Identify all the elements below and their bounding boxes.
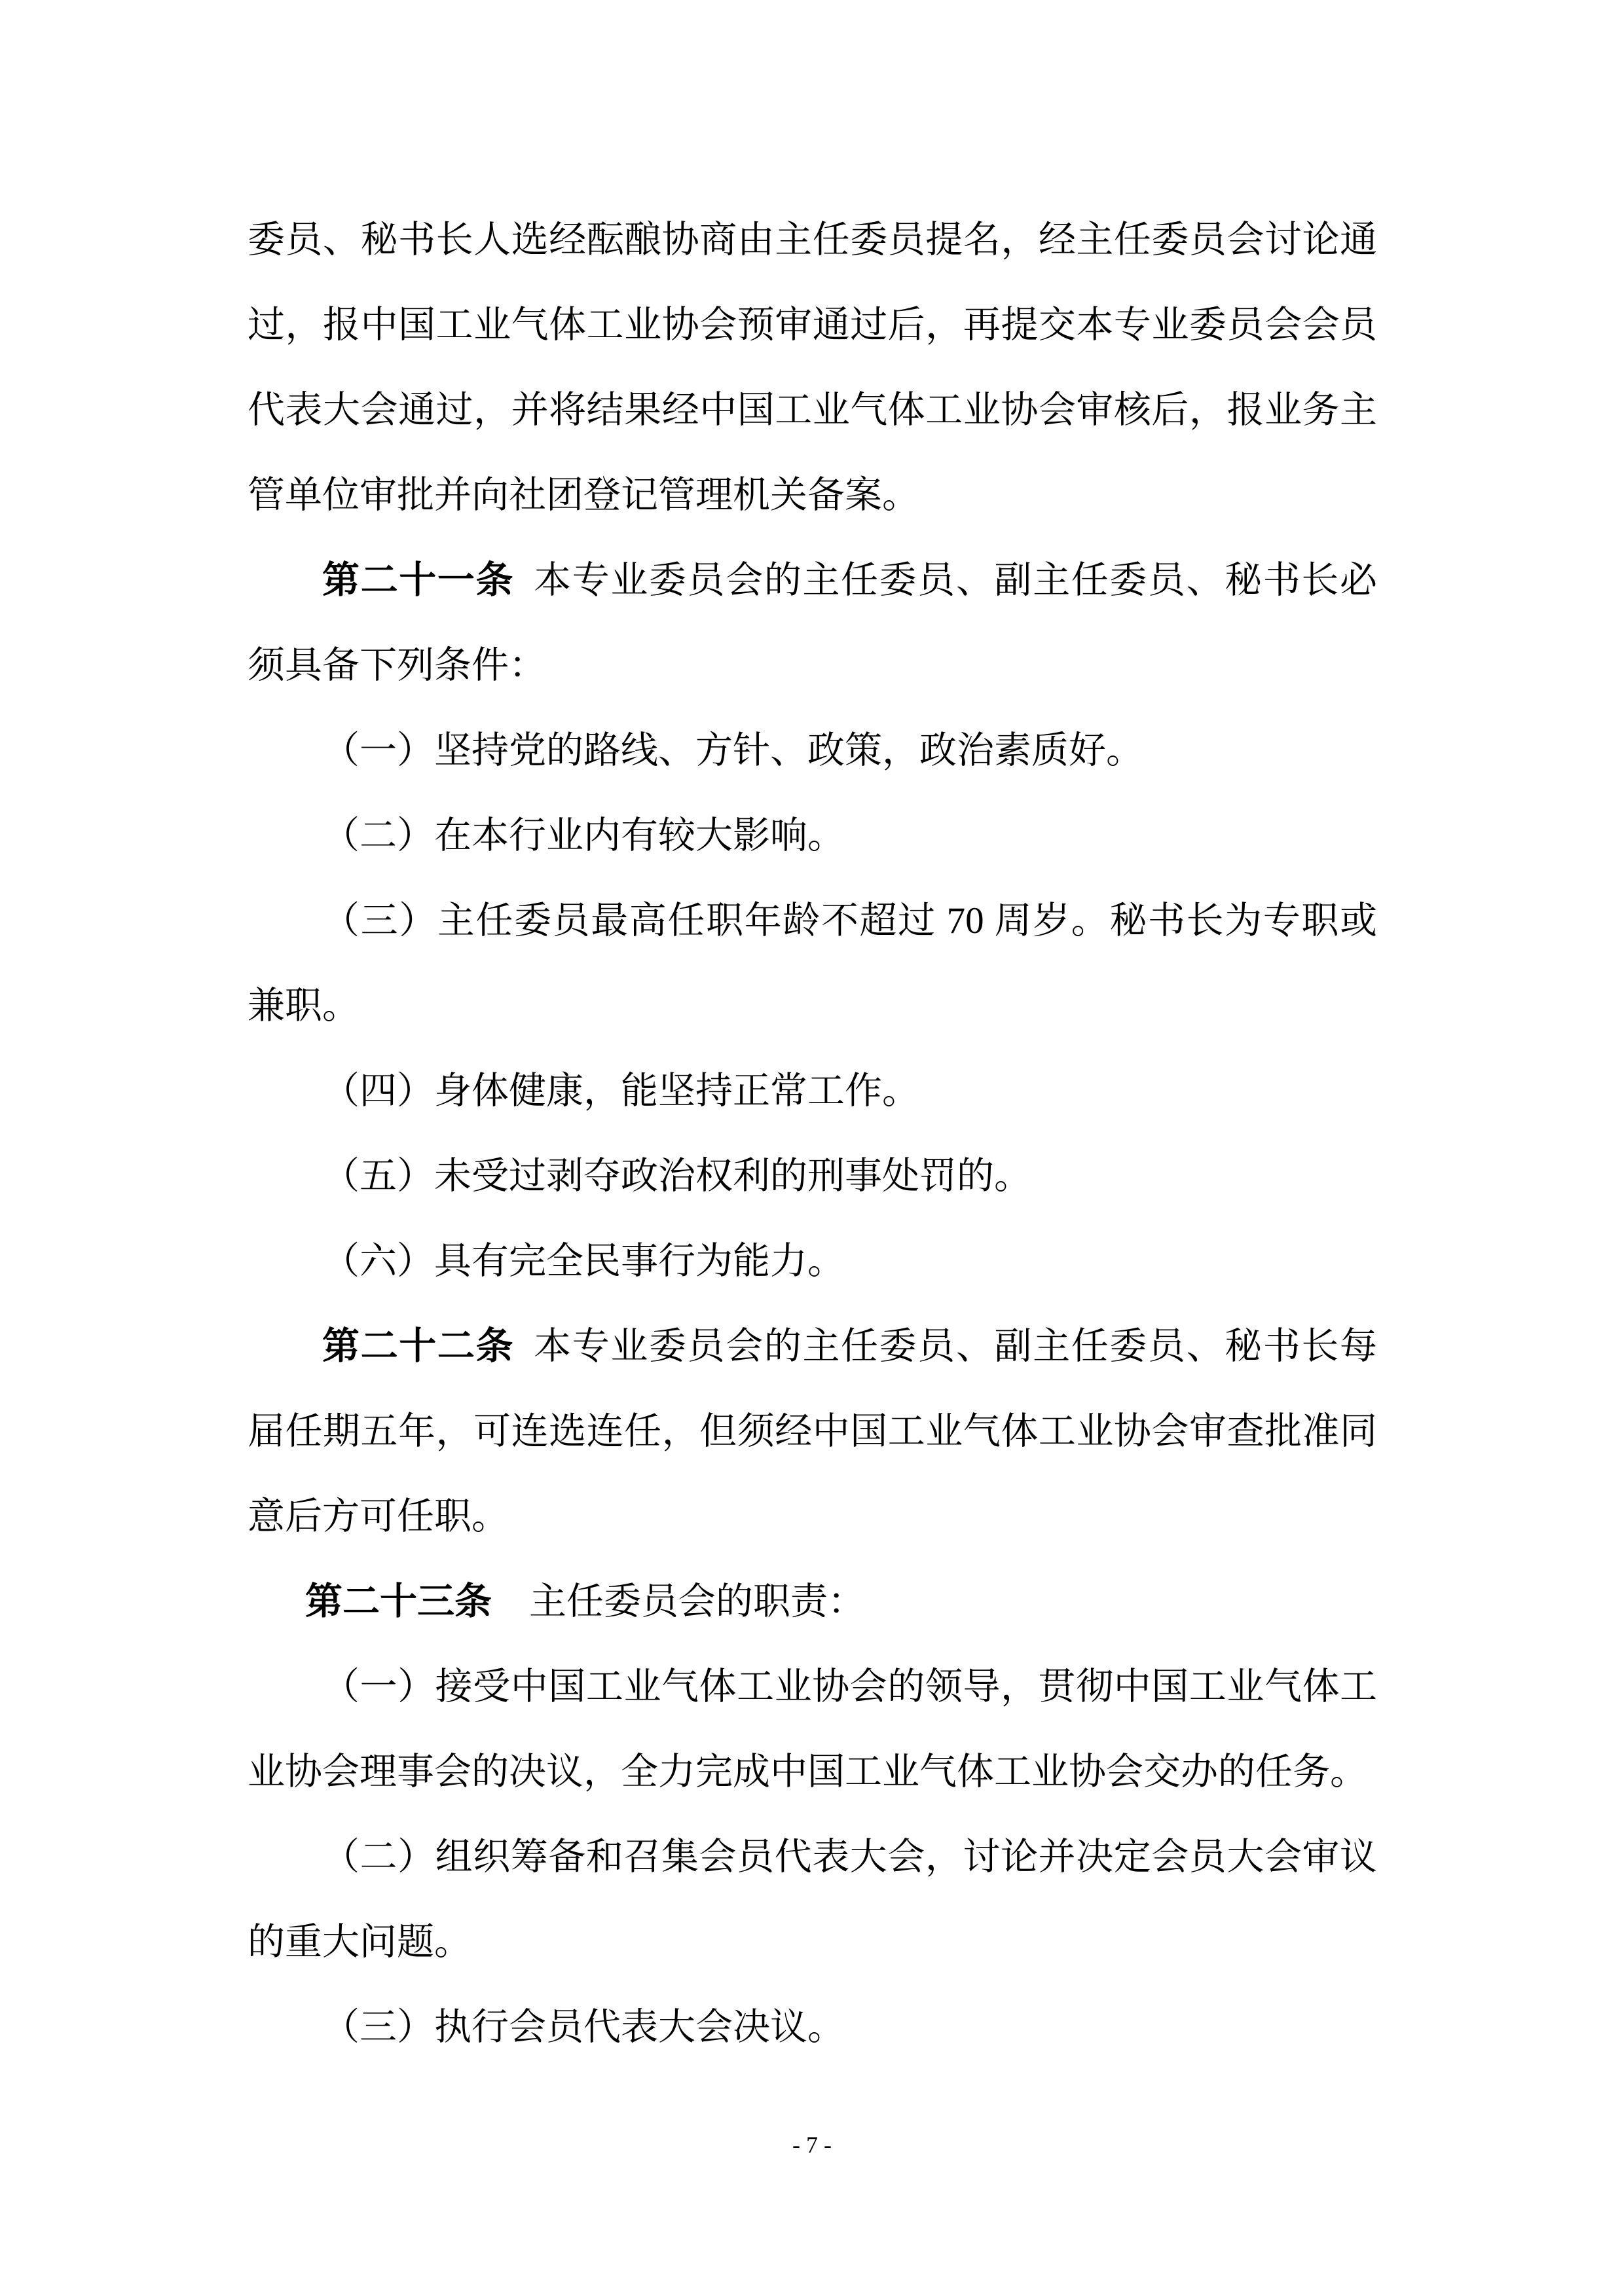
paragraph: （三）主任委员最高任职年龄不超过 70 周岁。秘书长为专职或兼职。 [248,879,1377,1049]
paragraph-text: （二）组织筹备和召集会员代表大会，讨论并决定会员大会审议的重大问题。 [248,1836,1377,1963]
paragraph-text: （一）坚持党的路线、方针、政策，政治素质好。 [322,730,1143,771]
paragraph: 委员、秘书长人选经酝酿协商由主任委员提名，经主任委员会讨论通过，报中国工业气体工… [248,198,1377,538]
paragraph: （二）组织筹备和召集会员代表大会，讨论并决定会员大会审议的重大问题。 [248,1815,1377,1985]
article-number: 第二十一条 [322,560,514,601]
paragraph-text: （五）未受过剥夺政治权利的刑事处罚的。 [322,1156,1031,1197]
paragraph-text: （二）在本行业内有较大影响。 [322,815,845,856]
paragraph: （一）坚持党的路线、方针、政策，政治素质好。 [248,708,1377,793]
paragraph-text: （六）具有完全民事行为能力。 [322,1241,845,1282]
paragraph-text: （三）执行会员代表大会决议。 [322,2007,845,2048]
article-number: 第二十二条 [322,1326,514,1367]
paragraph-text: （一）接受中国工业气体工业协会的领导，贯彻中国工业气体工业协会理事会的决议，全力… [248,1666,1377,1793]
page-footer: - 7 - [0,2129,1624,2160]
paragraph-text: （四）身体健康，能坚持正常工作。 [322,1070,919,1112]
paragraph: （五）未受过剥夺政治权利的刑事处罚的。 [248,1134,1377,1219]
paragraph: （二）在本行业内有较大影响。 [248,793,1377,879]
paragraph: （一）接受中国工业气体工业协会的领导，贯彻中国工业气体工业协会理事会的决议，全力… [248,1645,1377,1815]
paragraph: 第二十三条 主任委员会的职责： [248,1559,1377,1645]
paragraph: 第二十二条 本专业委员会的主任委员、副主任委员、秘书长每届任期五年，可连选连任，… [248,1304,1377,1559]
document-page: 委员、秘书长人选经酝酿协商由主任委员提名，经主任委员会讨论通过，报中国工业气体工… [0,0,1624,2296]
document-body: 委员、秘书长人选经酝酿协商由主任委员提名，经主任委员会讨论通过，报中国工业气体工… [248,198,1377,2070]
paragraph-text: 委员、秘书长人选经酝酿协商由主任委员提名，经主任委员会讨论通过，报中国工业气体工… [248,219,1377,516]
paragraph: （三）执行会员代表大会决议。 [248,1985,1377,2070]
paragraph: 第二十一条 本专业委员会的主任委员、副主任委员、秘书长必须具备下列条件： [248,538,1377,708]
paragraph: （四）身体健康，能坚持正常工作。 [248,1049,1377,1134]
paragraph-text: （三）主任委员最高任职年龄不超过 70 周岁。秘书长为专职或兼职。 [248,900,1377,1027]
paragraph: （六）具有完全民事行为能力。 [248,1219,1377,1304]
page-number: - 7 - [792,2132,832,2158]
paragraph-text: 主任委员会的职责： [492,1581,865,1622]
article-number: 第二十三条 [305,1581,492,1622]
